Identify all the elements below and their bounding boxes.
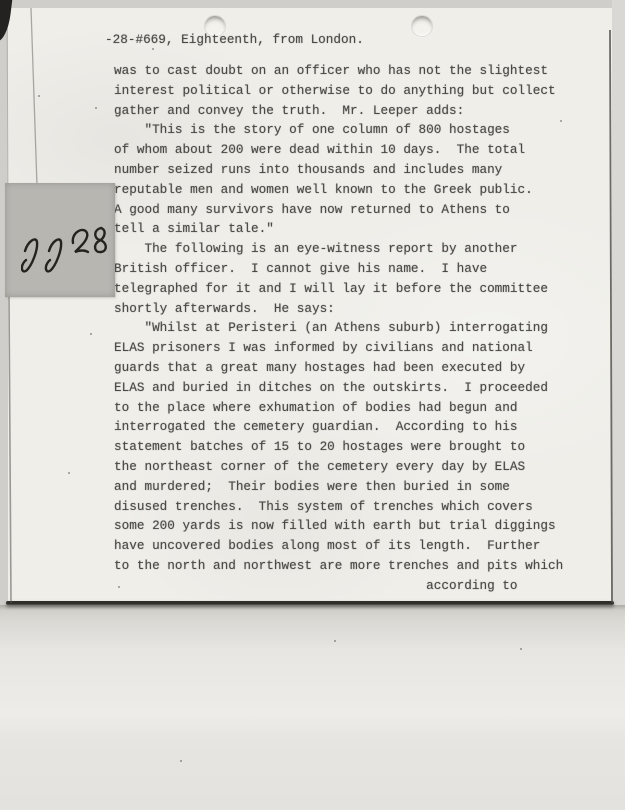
text-line: shortly afterwards. He says: [114, 299, 563, 319]
text-line: tell a similar tale." [114, 219, 563, 239]
text-line: "This is the story of one column of 800 … [114, 120, 563, 140]
dust-speck [90, 333, 92, 335]
scanner-margin-right [612, 0, 625, 605]
text-line: British officer. I cannot give his name.… [114, 259, 563, 279]
dust-speck [520, 648, 522, 650]
scanner-background-bottom [0, 605, 625, 810]
text-line: and murdered; Their bodies were then bur… [114, 477, 563, 497]
text-line: according to [114, 576, 563, 596]
text-line: to the place where exhumation of bodies … [114, 398, 563, 418]
text-line: the northeast corner of the cemetery eve… [114, 457, 563, 477]
dust-speck [180, 760, 182, 762]
text-line: disused trenches. This system of trenche… [114, 497, 563, 517]
text-line: number seized runs into thousands and in… [114, 160, 563, 180]
text-line: of whom about 200 were dead within 10 da… [114, 140, 563, 160]
text-line: interest political or otherwise to do an… [114, 81, 563, 101]
text-line: telegraphed for it and I will lay it bef… [114, 279, 563, 299]
dust-speck [68, 472, 70, 474]
adhesive-note [5, 183, 115, 297]
dust-speck [95, 107, 97, 109]
scanned-document-page: -28-#669, Eighteenth, from London. was t… [0, 0, 625, 810]
text-line: was to cast doubt on an officer who has … [114, 61, 563, 81]
dust-speck [118, 586, 120, 588]
text-line: A good many survivors have now returned … [114, 200, 563, 220]
text-line: statement batches of 15 to 20 hostages w… [114, 437, 563, 457]
text-line: have uncovered bodies along most of its … [114, 536, 563, 556]
dust-speck [152, 48, 154, 50]
text-line: gather and convey the truth. Mr. Leeper … [114, 101, 563, 121]
typed-text-block: was to cast doubt on an officer who has … [114, 61, 563, 596]
text-line: some 200 yards is now filled with earth … [114, 516, 563, 536]
text-line: to the north and northwest are more tren… [114, 556, 563, 576]
text-line: interrogated the cemetery guardian. Acco… [114, 417, 563, 437]
text-line: The following is an eye-witness report b… [114, 239, 563, 259]
dust-speck [38, 95, 40, 97]
dust-speck [334, 640, 336, 642]
text-line: guards that a great many hostages had be… [114, 358, 563, 378]
handwritten-annotation [21, 219, 111, 281]
text-line: reputable men and women well known to th… [114, 180, 563, 200]
dust-speck [560, 120, 562, 122]
text-line: ELAS and buried in ditches on the outski… [114, 378, 563, 398]
text-line: "Whilst at Peristeri (an Athens suburb) … [114, 318, 563, 338]
punch-hole-right [412, 16, 432, 36]
header-line: -28-#669, Eighteenth, from London. [105, 32, 364, 47]
text-line: ELAS prisoners I was informed by civilia… [114, 338, 563, 358]
page-bottom-edge [6, 601, 614, 605]
